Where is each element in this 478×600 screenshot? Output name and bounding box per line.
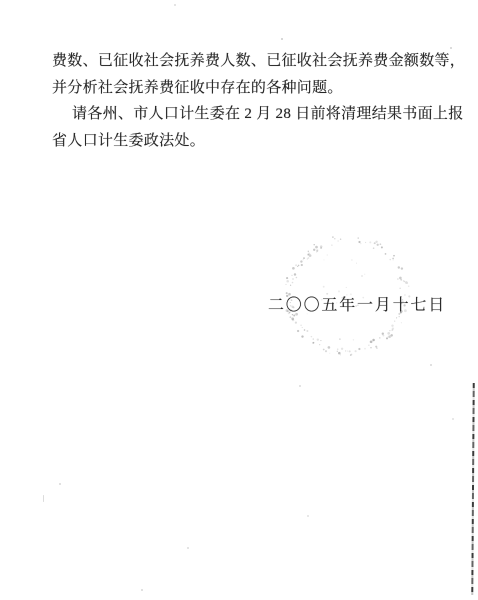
body-line-4: 省人口计生委政法处。: [52, 128, 462, 155]
scan-speck: [43, 495, 44, 502]
scan-speck: [430, 364, 432, 366]
scan-speck: [450, 47, 452, 49]
body-line-2: 并分析社会抚养费征收中存在的各种问题。: [52, 75, 462, 102]
scanned-document-page: 费数、已征收社会抚养费人数、已征收社会抚养费金额数等， 并分析社会抚养费征收中存…: [0, 0, 478, 600]
scan-speck: [59, 483, 61, 485]
scan-speck: [281, 38, 283, 40]
scan-edge-streak: [471, 383, 474, 595]
body-line-1: 费数、已征收社会抚养费人数、已征收社会抚养费金额数等，: [52, 48, 462, 75]
scan-speck: [307, 515, 309, 517]
document-date: 二〇〇五年一月十七日: [268, 292, 446, 315]
scan-speck: [187, 547, 189, 549]
body-line-3: 请各州、市人口计生委在 2 月 28 日前将清理结果书面上报: [52, 101, 462, 128]
scan-speck: [452, 418, 454, 420]
scan-speck: [299, 385, 301, 387]
scan-speck: [174, 4, 176, 6]
document-body: 费数、已征收社会抚养费人数、已征收社会抚养费金额数等， 并分析社会抚养费征收中存…: [52, 48, 462, 154]
scan-speck: [141, 589, 143, 591]
